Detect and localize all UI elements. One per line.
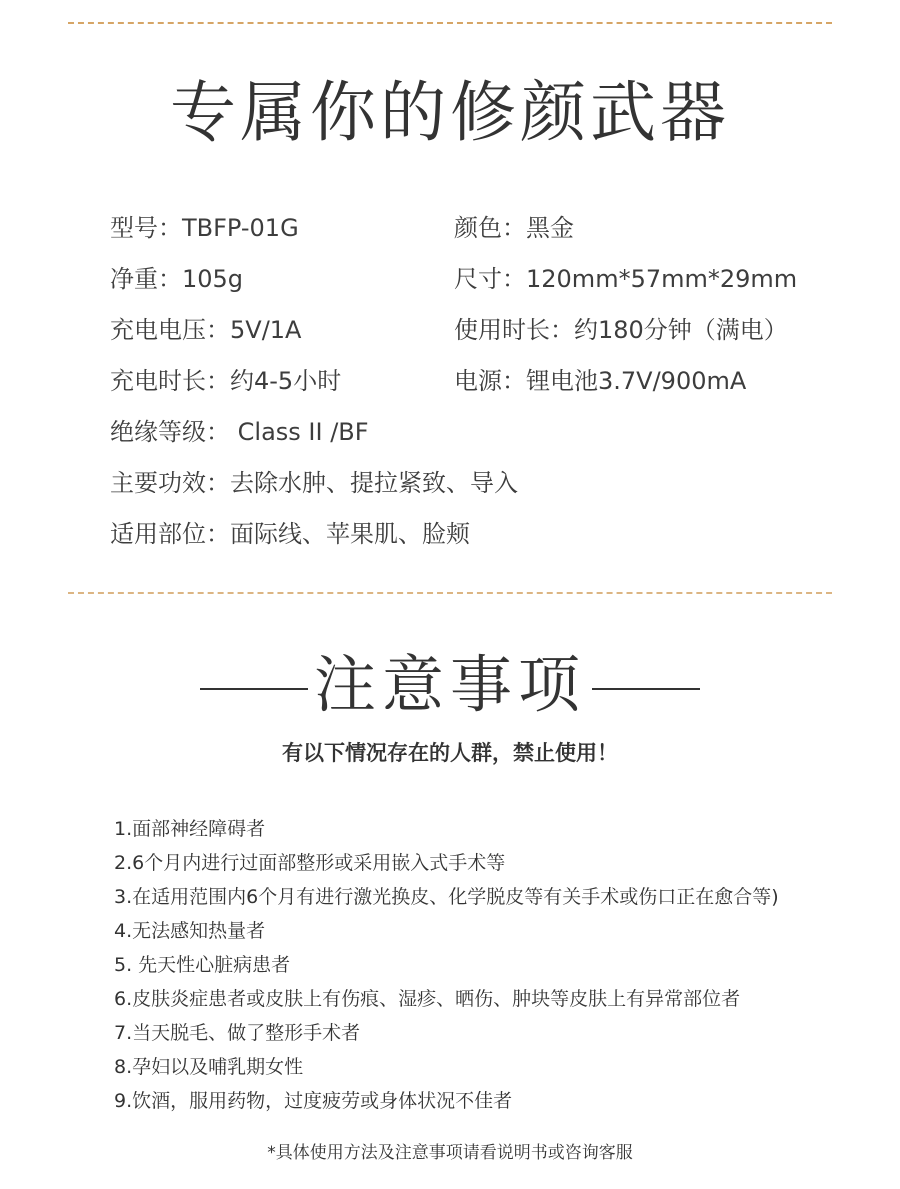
contraindication-list: 1.面部神经障碍者 2.6个月内进行过面部整形或采用嵌入式手术等 3.在适用范围… — [114, 812, 779, 1118]
spec-effects: 主要功效：去除水肿、提拉紧致、导入 — [110, 467, 518, 499]
list-item: 2.6个月内进行过面部整形或采用嵌入式手术等 — [114, 846, 779, 880]
middle-divider — [68, 592, 832, 594]
spec-value: 约4-5小时 — [230, 367, 341, 395]
spec-color: 颜色：黑金 — [454, 212, 574, 244]
spec-value: 120mm*57mm*29mm — [526, 265, 797, 293]
spec-usage-time: 使用时长：约180分钟（满电） — [454, 314, 788, 346]
spec-value: 面际线、苹果肌、脸颊 — [230, 520, 470, 548]
spec-label: 主要功效： — [110, 469, 230, 497]
heading-dash-left — [200, 688, 308, 690]
spec-value: 去除水肿、提拉紧致、导入 — [230, 469, 518, 497]
list-item: 3.在适用范围内6个月有进行激光换皮、化学脱皮等有关手术或伤口正在愈合等) — [114, 880, 779, 914]
spec-label: 绝缘等级： — [110, 418, 238, 446]
spec-value: 105g — [182, 265, 243, 293]
footnote: *具体使用方法及注意事项请看说明书或咨询客服 — [0, 1139, 900, 1167]
spec-label: 颜色： — [454, 214, 526, 242]
spec-label: 尺寸： — [454, 265, 526, 293]
spec-label: 电源： — [454, 367, 526, 395]
list-item: 6.皮肤炎症患者或皮肤上有伤痕、湿疹、晒伤、肿块等皮肤上有异常部位者 — [114, 982, 779, 1016]
list-item: 8.孕妇以及哺乳期女性 — [114, 1050, 779, 1084]
spec-value: Class II /BF — [238, 418, 369, 446]
notice-heading: 注意事项 — [0, 640, 900, 730]
list-item: 1.面部神经障碍者 — [114, 812, 779, 846]
list-item: 5. 先天性心脏病患者 — [114, 948, 779, 982]
spec-value: 锂电池3.7V/900mA — [526, 367, 746, 395]
heading-dash-right — [592, 688, 700, 690]
spec-label: 适用部位： — [110, 520, 230, 548]
spec-charging-time: 充电时长：约4-5小时 — [110, 365, 341, 397]
top-divider — [68, 22, 832, 24]
page-title: 专属你的修颜武器 — [0, 68, 900, 158]
spec-size: 尺寸：120mm*57mm*29mm — [454, 263, 797, 295]
spec-value: 5V/1A — [230, 316, 301, 344]
spec-power: 电源：锂电池3.7V/900mA — [454, 365, 746, 397]
spec-label: 净重： — [110, 265, 182, 293]
spec-value: 约180分钟（满电） — [574, 316, 788, 344]
spec-label: 充电电压： — [110, 316, 230, 344]
spec-weight: 净重：105g — [110, 263, 243, 295]
spec-label: 充电时长： — [110, 367, 230, 395]
list-item: 4.无法感知热量者 — [114, 914, 779, 948]
notice-title: 注意事项 — [314, 648, 586, 721]
spec-label: 使用时长： — [454, 316, 574, 344]
spec-value: TBFP-01G — [182, 214, 299, 242]
spec-insulation: 绝缘等级： Class II /BF — [110, 416, 369, 448]
spec-value: 黑金 — [526, 214, 574, 242]
list-item: 9.饮酒，服用药物，过度疲劳或身体状况不佳者 — [114, 1084, 779, 1118]
spec-charging-voltage: 充电电压：5V/1A — [110, 314, 301, 346]
spec-areas: 适用部位：面际线、苹果肌、脸颊 — [110, 518, 470, 550]
spec-label: 型号： — [110, 214, 182, 242]
warning-text: 有以下情况存在的人群，禁止使用！ — [0, 735, 900, 771]
list-item: 7.当天脱毛、做了整形手术者 — [114, 1016, 779, 1050]
spec-model: 型号：TBFP-01G — [110, 212, 299, 244]
